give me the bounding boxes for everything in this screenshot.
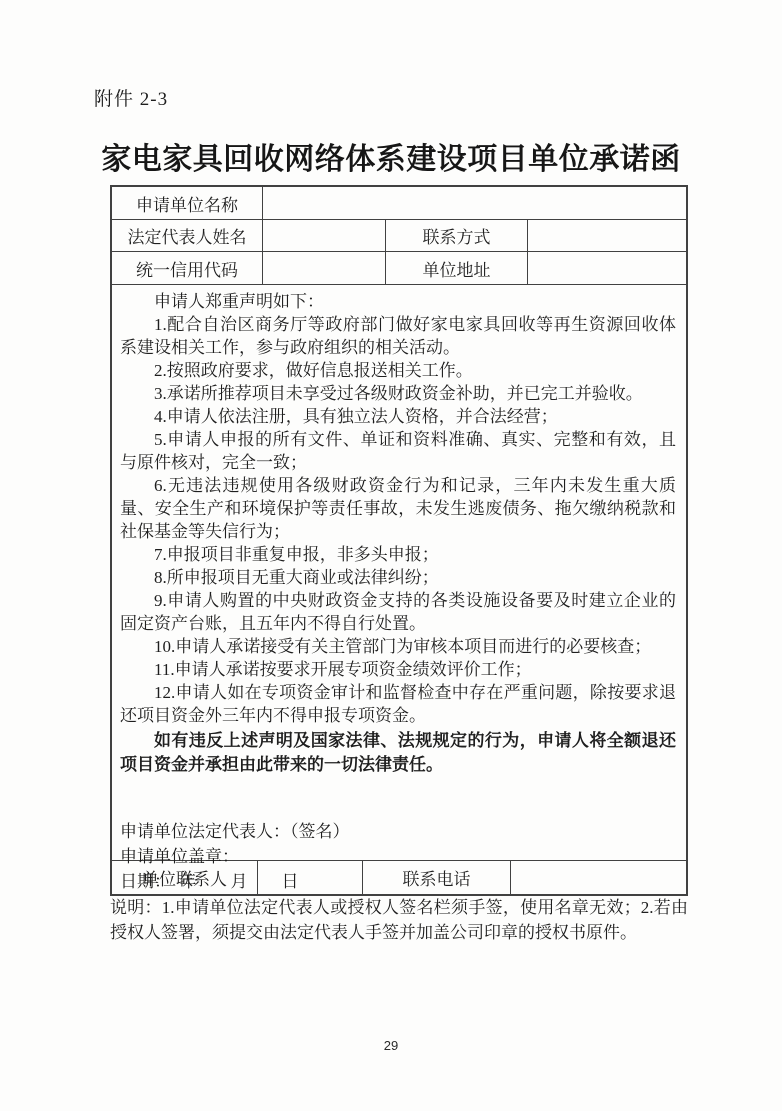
declaration-item-3: 3.承诺所推荐项目未享受过各级财政资金补助，并已完工并验收。 [120, 382, 676, 405]
declaration-cell: 申请人郑重声明如下： 1.配合自治区商务厅等政府部门做好家电家具回收等再生资源回… [112, 285, 686, 860]
field-value-contact-method [527, 220, 686, 251]
declaration-item-5: 5.申请人申报的所有文件、单证和资料准确、真实、完整和有效，且与原件核对，完全一… [120, 428, 676, 474]
table-row-declaration: 申请人郑重声明如下： 1.配合自治区商务厅等政府部门做好家电家具回收等再生资源回… [112, 285, 686, 861]
declaration-item-7: 7.申报项目非重复申报，非多头申报； [120, 543, 676, 566]
field-label-contact-method: 联系方式 [385, 220, 527, 251]
declaration-item-12: 12.申请人如在专项资金审计和监督检查中存在严重问题，除按要求退还项目资金外三年… [120, 681, 676, 727]
declaration-item-1: 1.配合自治区商务厅等政府部门做好家电家具回收等再生资源回收体系建设相关工作，参… [120, 313, 676, 359]
table-row-legal-rep: 法定代表人姓名 联系方式 [112, 220, 686, 252]
field-label-credit-code: 统一信用代码 [112, 252, 262, 284]
field-value-unit-address [527, 252, 686, 284]
document-page: 附件 2-3 家电家具回收网络体系建设项目单位承诺函 申请单位名称 法定代表人姓… [0, 0, 782, 1111]
field-value-credit-code [262, 252, 385, 284]
field-label-unit-name: 申请单位名称 [112, 187, 262, 219]
field-value-legal-rep [262, 220, 385, 251]
table-row-credit-code: 统一信用代码 单位地址 [112, 252, 686, 285]
field-label-contact-phone: 联系电话 [362, 861, 510, 894]
attachment-label: 附件 2-3 [94, 84, 168, 111]
warning-statement: 如有违反上述声明及国家法律、法规规定的行为，申请人将全额退还项目资金并承担由此带… [120, 729, 676, 777]
signature-line-legal-rep: 申请单位法定代表人：（签名） [120, 819, 676, 844]
page-title: 家电家具回收网络体系建设项目单位承诺函 [0, 134, 782, 178]
declaration-item-2: 2.按照政府要求，做好信息报送相关工作。 [120, 359, 676, 382]
field-value-unit-contact [257, 861, 362, 894]
field-label-unit-contact: 单位联系人 [112, 861, 257, 894]
declaration-item-8: 8.所申报项目无重大商业或法律纠纷； [120, 566, 676, 589]
declaration-item-4: 4.申请人依法注册，具有独立法人资格，并合法经营； [120, 405, 676, 428]
notes-text: 说明：1.申请单位法定代表人或授权人签名栏须手签，使用名章无效；2.若由授权人签… [110, 895, 688, 945]
table-row-contact: 单位联系人 联系电话 [112, 861, 686, 894]
field-value-unit-name [262, 187, 686, 219]
declaration-item-6: 6.无违法违规使用各级财政资金行为和记录，三年内未发生重大质量、安全生产和环境保… [120, 474, 676, 543]
page-number: 29 [0, 1038, 782, 1053]
declaration-item-10: 10.申请人承诺接受有关主管部门为审核本项目而进行的必要核查； [120, 635, 676, 658]
field-label-legal-rep: 法定代表人姓名 [112, 220, 262, 251]
commitment-form-table: 申请单位名称 法定代表人姓名 联系方式 统一信用代码 单位地址 申请人郑重声明如… [110, 185, 688, 896]
declaration-item-9: 9.申请人购置的中央财政资金支持的各类设施设备要及时建立企业的固定资产台账，且五… [120, 589, 676, 635]
declaration-intro: 申请人郑重声明如下： [120, 290, 676, 313]
field-label-unit-address: 单位地址 [385, 252, 527, 284]
table-row-unit-name: 申请单位名称 [112, 187, 686, 220]
field-value-contact-phone [510, 861, 686, 894]
declaration-item-11: 11.申请人承诺按要求开展专项资金绩效评价工作； [120, 658, 676, 681]
